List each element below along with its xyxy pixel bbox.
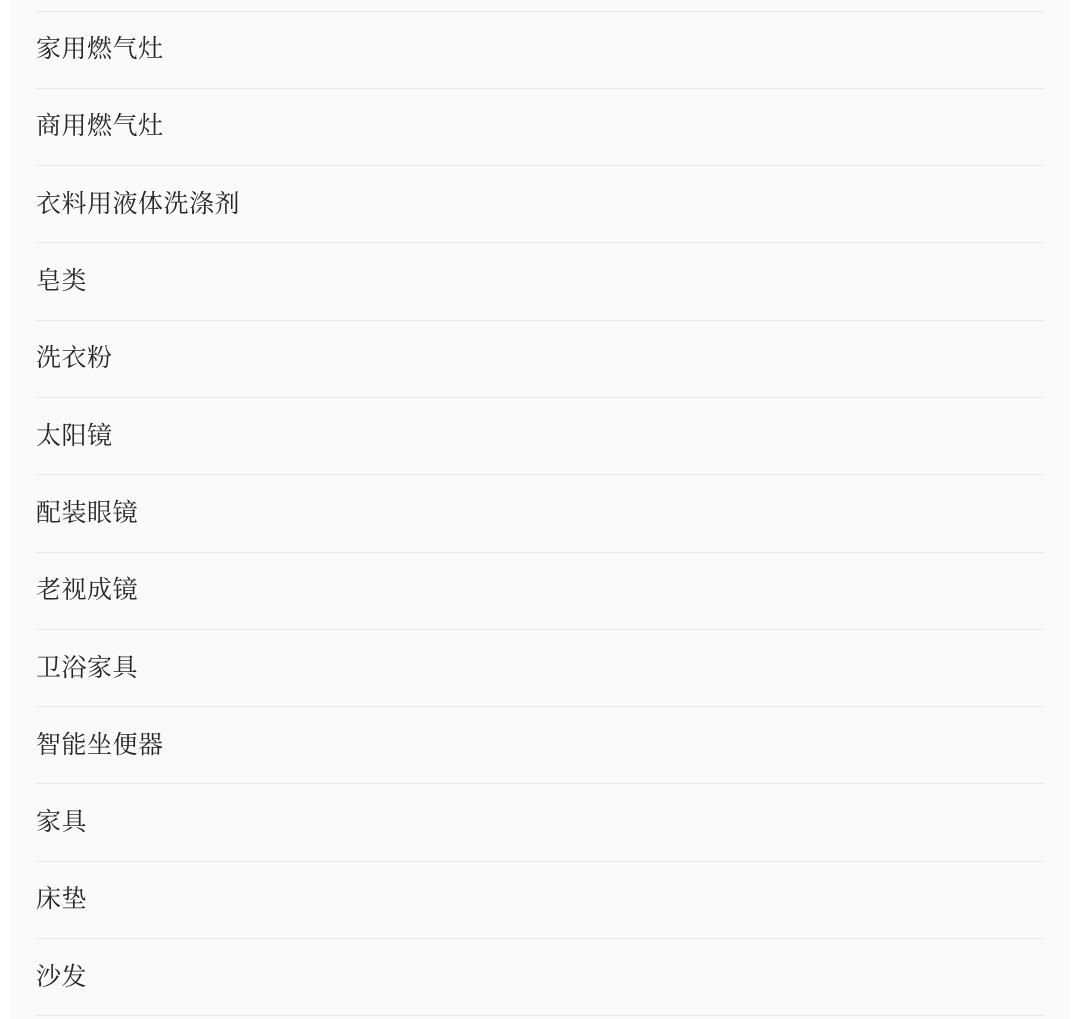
list-item[interactable]: 家具 (36, 784, 1044, 861)
list-item-label: 老视成镜 (36, 578, 138, 603)
list-item[interactable]: 商用燃气灶 (36, 89, 1044, 166)
list-item-label: 家具 (36, 810, 87, 835)
list-item-label: 床垫 (36, 887, 87, 912)
list-item-label: 商用燃气灶 (36, 114, 164, 139)
list-item[interactable]: 卫浴家具 (36, 630, 1044, 707)
list-item[interactable]: 家用燃气灶 (36, 12, 1044, 89)
list-item-label: 智能坐便器 (36, 733, 164, 758)
list-item[interactable]: 智能坐便器 (36, 707, 1044, 784)
list-item-label: 沙发 (36, 965, 87, 990)
list-item[interactable]: 衣料用液体洗涤剂 (36, 166, 1044, 243)
list-item[interactable]: 洗衣粉 (36, 321, 1044, 398)
list-item-label: 卫浴家具 (36, 656, 138, 681)
list-item-label: 皂类 (36, 269, 87, 294)
list-item[interactable]: 配装眼镜 (36, 475, 1044, 552)
list-item[interactable]: 沙发 (36, 939, 1044, 1016)
list-item-label: 家用燃气灶 (36, 37, 164, 62)
list-item-label: 太阳镜 (36, 424, 113, 449)
clipped-previous-row-divider (36, 0, 1044, 12)
list-item[interactable]: 皂类 (36, 243, 1044, 320)
list-item-label: 配装眼镜 (36, 501, 138, 526)
list-item-label: 衣料用液体洗涤剂 (36, 192, 240, 217)
list-item[interactable]: 床垫 (36, 862, 1044, 939)
category-list: 家用燃气灶 商用燃气灶 衣料用液体洗涤剂 皂类 洗衣粉 太阳镜 配装眼镜 老视成… (10, 0, 1070, 1019)
list-item-label: 洗衣粉 (36, 346, 113, 371)
list-item[interactable]: 太阳镜 (36, 398, 1044, 475)
list-item[interactable]: 老视成镜 (36, 553, 1044, 630)
screen: 家用燃气灶 商用燃气灶 衣料用液体洗涤剂 皂类 洗衣粉 太阳镜 配装眼镜 老视成… (0, 0, 1080, 1019)
